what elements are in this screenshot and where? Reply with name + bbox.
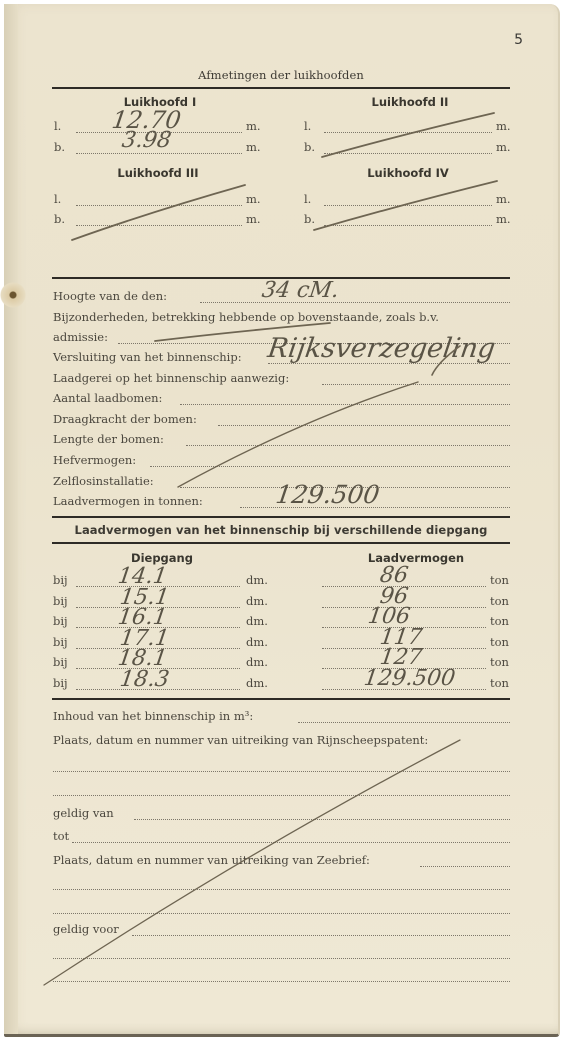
handwritten-strike-lines bbox=[0, 0, 565, 1049]
